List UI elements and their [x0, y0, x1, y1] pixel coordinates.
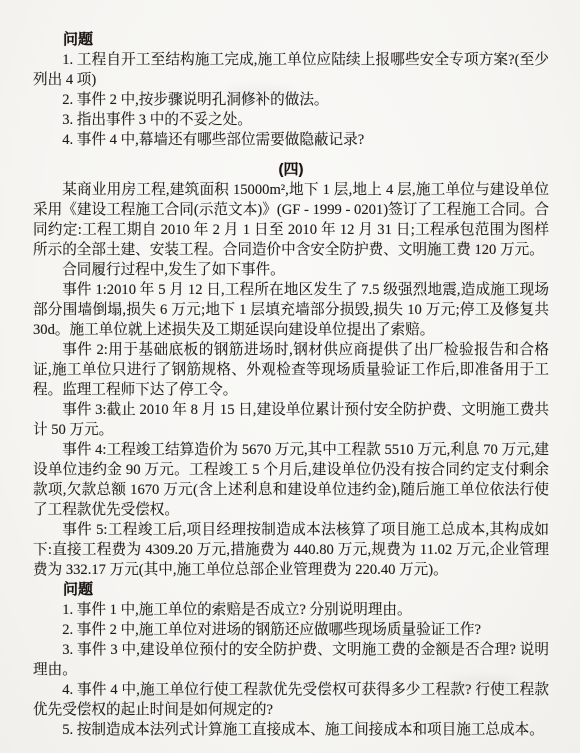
top-question-item: 2. 事件 2 中,按步骤说明孔洞修补的做法。	[33, 90, 549, 110]
event-paragraph-5: 事件 5:工程竣工后,项目经理按制造成本法核算了项目施工总成本,其构成如下:直接…	[33, 520, 549, 580]
top-question-item: 3. 指出事件 3 中的不妥之处。	[33, 110, 549, 130]
final-question-item: 2. 事件 2 中,施工单位对进场的钢筋还应做哪些现场质量验证工作?	[33, 620, 549, 640]
final-question-item: 4. 事件 4 中,施工单位行使工程款优先受偿权可获得多少工程款? 行使工程款优…	[33, 680, 549, 720]
final-questions-heading: 问题	[33, 580, 549, 600]
top-questions-heading: 问题	[33, 30, 549, 50]
event-paragraph-2: 事件 2:用于基础底板的钢筋进场时,钢材供应商提供了出厂检验报告和合格证,施工单…	[33, 340, 549, 400]
case-background-paragraph: 合同履行过程中,发生了如下事件。	[33, 260, 549, 280]
event-paragraph-3: 事件 3:截止 2010 年 8 月 15 日,建设单位累计预付安全防护费、文明…	[33, 400, 549, 440]
final-question-item: 5. 按制造成本法列式计算施工直接成本、施工间接成本和项目施工总成本。	[33, 720, 549, 740]
case-background-paragraph: 某商业用房工程,建筑面积 15000m²,地下 1 层,地上 4 层,施工单位与…	[33, 180, 549, 260]
event-paragraph-4: 事件 4:工程竣工结算造价为 5670 万元,其中工程款 5510 万元,利息 …	[33, 440, 549, 520]
document-page: 问题 1. 工程自开工至结构施工完成,施工单位应陆续上报哪些安全专项方案?(至少…	[0, 0, 580, 753]
final-question-item: 3. 事件 3 中,建设单位预付的安全防护费、文明施工费的金额是否合理? 说明理…	[33, 640, 549, 680]
final-question-item: 1. 事件 1 中,施工单位的索赔是否成立? 分别说明理由。	[33, 600, 549, 620]
event-paragraph-1: 事件 1:2010 年 5 月 12 日,工程所在地区发生了 7.5 级强烈地震…	[33, 280, 549, 340]
top-question-item: 4. 事件 4 中,幕墙还有哪些部位需要做隐蔽记录?	[33, 130, 549, 150]
page-content: 问题 1. 工程自开工至结构施工完成,施工单位应陆续上报哪些安全专项方案?(至少…	[33, 30, 549, 740]
section-number-title: (四)	[33, 160, 549, 180]
top-question-item: 1. 工程自开工至结构施工完成,施工单位应陆续上报哪些安全专项方案?(至少列出 …	[33, 50, 549, 90]
